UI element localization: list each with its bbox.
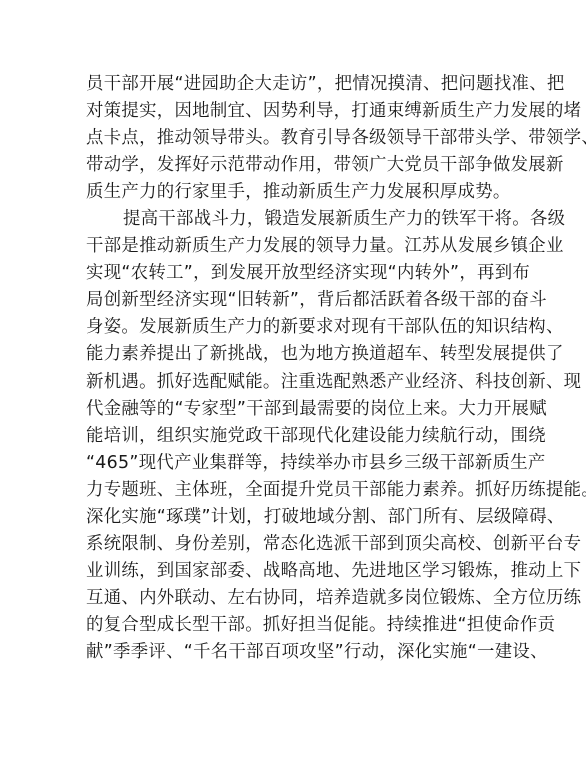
text-line: 实现“农转工”，到发展开放型经济实现“内转外”，再到布 <box>86 260 506 287</box>
text-line: 互通、内外联动、左右协同，培养造就多岗位锻炼、全方位历练 <box>86 585 506 612</box>
text-line: 身姿。发展新质生产力的新要求对现有干部队伍的知识结构、 <box>86 314 506 341</box>
text-line: 深化实施“琢璞”计划，打破地域分割、部门所有、层级障碍、 <box>86 504 506 531</box>
text-line: 献”季季评、“千名干部百项攻坚”行动，深化实施“一建设、 <box>86 639 506 666</box>
paragraph-2: 提高干部战斗力，锻造发展新质生产力的铁军干将。各级 干部是推动新质生产力发展的领… <box>86 206 506 666</box>
text-line: 系统限制、身份差别，常态化选派干部到顶尖高校、创新平台专 <box>86 531 506 558</box>
text-line: 能力素养提出了新挑战，也为地方换道超车、转型发展提供了 <box>86 341 506 368</box>
document-body: 员干部开展“进园助企大走访”，把情况摸清、把问题找准、把 对策提实，因地制宜、因… <box>86 71 506 666</box>
document-page: 员干部开展“进园助企大走访”，把情况摸清、把问题找准、把 对策提实，因地制宜、因… <box>0 0 586 759</box>
text-line: “465”现代产业集群等，持续举办市县乡三级干部新质生产 <box>86 450 506 477</box>
text-line: 代金融等的“专家型”干部到最需要的岗位上来。大力开展赋 <box>86 396 506 423</box>
text-line: 的复合型成长型干部。抓好担当促能。持续推进“担使命作贡 <box>86 612 506 639</box>
text-line: 能培训，组织实施党政干部现代化建设能力续航行动，围绕 <box>86 423 506 450</box>
text-line: 点卡点，推动领导带头。教育引导各级领导干部带头学、带领学、 <box>86 125 506 152</box>
text-line: 局创新型经济实现“旧转新”，背后都活跃着各级干部的奋斗 <box>86 287 506 314</box>
text-line: 力专题班、主体班，全面提升党员干部能力素养。抓好历练提能。 <box>86 477 506 504</box>
text-line: 带动学，发挥好示范带动作用，带领广大党员干部争做发展新 <box>86 152 506 179</box>
text-line: 干部是推动新质生产力发展的领导力量。江苏从发展乡镇企业 <box>86 233 506 260</box>
text-line: 新机遇。抓好选配赋能。注重选配熟悉产业经济、科技创新、现 <box>86 369 506 396</box>
text-line: 员干部开展“进园助企大走访”，把情况摸清、把问题找准、把 <box>86 71 506 98</box>
paragraph-1: 员干部开展“进园助企大走访”，把情况摸清、把问题找准、把 对策提实，因地制宜、因… <box>86 71 506 206</box>
text-line: 质生产力的行家里手，推动新质生产力发展积厚成势。 <box>86 179 506 206</box>
text-line-indented: 提高干部战斗力，锻造发展新质生产力的铁军干将。各级 <box>86 206 506 233</box>
text-line: 业训练，到国家部委、战略高地、先进地区学习锻炼，推动上下 <box>86 558 506 585</box>
text-line: 对策提实，因地制宜、因势利导，打通束缚新质生产力发展的堵 <box>86 98 506 125</box>
